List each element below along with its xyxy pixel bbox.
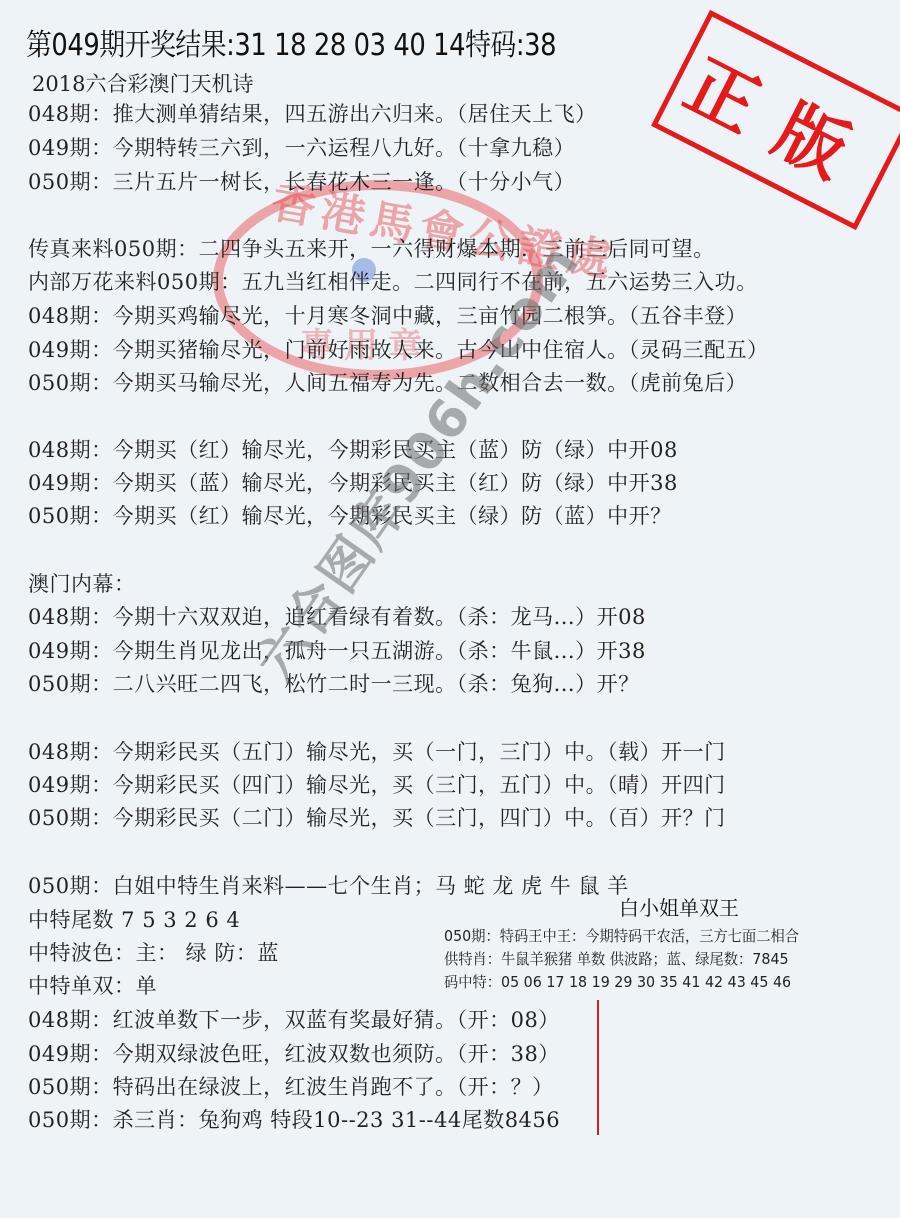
bai-odd-even: 中特单双：单 xyxy=(28,970,157,1000)
poem-line: 048期：推大测单猜结果，四五游出六归来。（居住天上飞） xyxy=(28,98,597,128)
inside-line: 049期：今期生肖见龙出，孤舟一只五湖游。（杀：牛鼠...）开38 xyxy=(28,635,646,665)
side-box-line: 050期：特码王中王：今期特码干农活，三方七面二相合 xyxy=(444,925,872,948)
poem-line: 050期：三片五片一树长，长春花木三一逢。（十分小气） xyxy=(28,166,575,196)
fax-line: 传真来料050期：二四争头五来开，一六得财爆本期．三前三后同可望。 xyxy=(28,233,715,263)
poem-title: 2018六合彩澳门天机诗 xyxy=(32,68,253,98)
bai-xiaojie-box: 白小姐单双王 050期：特码王中王：今期特码干农活，三方七面二相合 供特肖：牛鼠… xyxy=(444,892,894,994)
bai-wave-color: 中特波色：主： 绿 防：蓝 xyxy=(28,937,279,967)
door-line: 048期：今期彩民买（五门）输尽光，买（一门，三门）中。（载）开一门 xyxy=(28,736,726,766)
red-divider-line xyxy=(597,1000,599,1135)
side-box-line: 码中特：05 06 17 18 19 29 30 35 41 42 43 45 … xyxy=(444,971,872,994)
official-stamp-text: 正版 xyxy=(671,30,895,211)
side-box-line: 供特肖：牛鼠羊猴猪 单数 供波路；蓝、绿尾数：7845 xyxy=(444,948,872,971)
final-line: 050期：杀三肖：兔狗鸡 特段10--23 31--44尾数8456 xyxy=(28,1104,560,1134)
fax-line: 050期：今期买马输尽光，人间五福寿为先。二数相合去一数。（虎前兔后） xyxy=(28,367,747,397)
side-box-title: 白小姐单双王 xyxy=(444,892,894,921)
fax-line: 内部万花来料050期：五九当红相伴走。二四同行不在前，五六运势三入功。 xyxy=(28,266,758,296)
fax-line: 048期：今期买鸡输尽光，十月寒冬洞中藏，三亩竹园二根笋。（五谷丰登） xyxy=(28,300,747,330)
final-line: 049期：今期双绿波色旺，红波双数也须防。（开：38） xyxy=(28,1038,560,1068)
bai-tail-numbers: 中特尾数 7 5 3 2 6 4 xyxy=(28,904,240,934)
inside-line: 050期：二八兴旺二四飞，松竹二时一三现。（杀：兔狗...）开？ xyxy=(28,668,640,698)
lottery-page: 香港馬會公證處 專用章 第049期开奖结果:31 18 28 03 40 14特… xyxy=(0,0,900,1218)
official-stamp: 正版 xyxy=(651,10,900,230)
inside-title: 澳门内幕： xyxy=(28,568,136,598)
final-line: 050期：特码出在绿波上，红波生肖跑不了。（开：？） xyxy=(28,1071,554,1101)
poem-line: 049期：今期特转三六到，一六运程八九好。（十拿九稳） xyxy=(28,132,575,162)
color-line: 048期：今期买（红）输尽光，今期彩民买主（蓝）防（绿）中开08 xyxy=(28,434,678,464)
door-line: 050期：今期彩民买（二门）输尽光，买（三门，四门）中。（百）开？门 xyxy=(28,802,726,832)
draw-result-headline: 第049期开奖结果:31 18 28 03 40 14特码:38 xyxy=(26,20,556,64)
final-line: 048期：红波单数下一步，双蓝有奖最好猜。（开：08） xyxy=(28,1004,560,1034)
fax-line: 049期：今期买猪输尽光，门前好雨故人来。古今山中住宿人。（灵码三配五） xyxy=(28,334,769,364)
door-line: 049期：今期彩民买（四门）输尽光，买（三门，五门）中。（晴）开四门 xyxy=(28,769,726,799)
